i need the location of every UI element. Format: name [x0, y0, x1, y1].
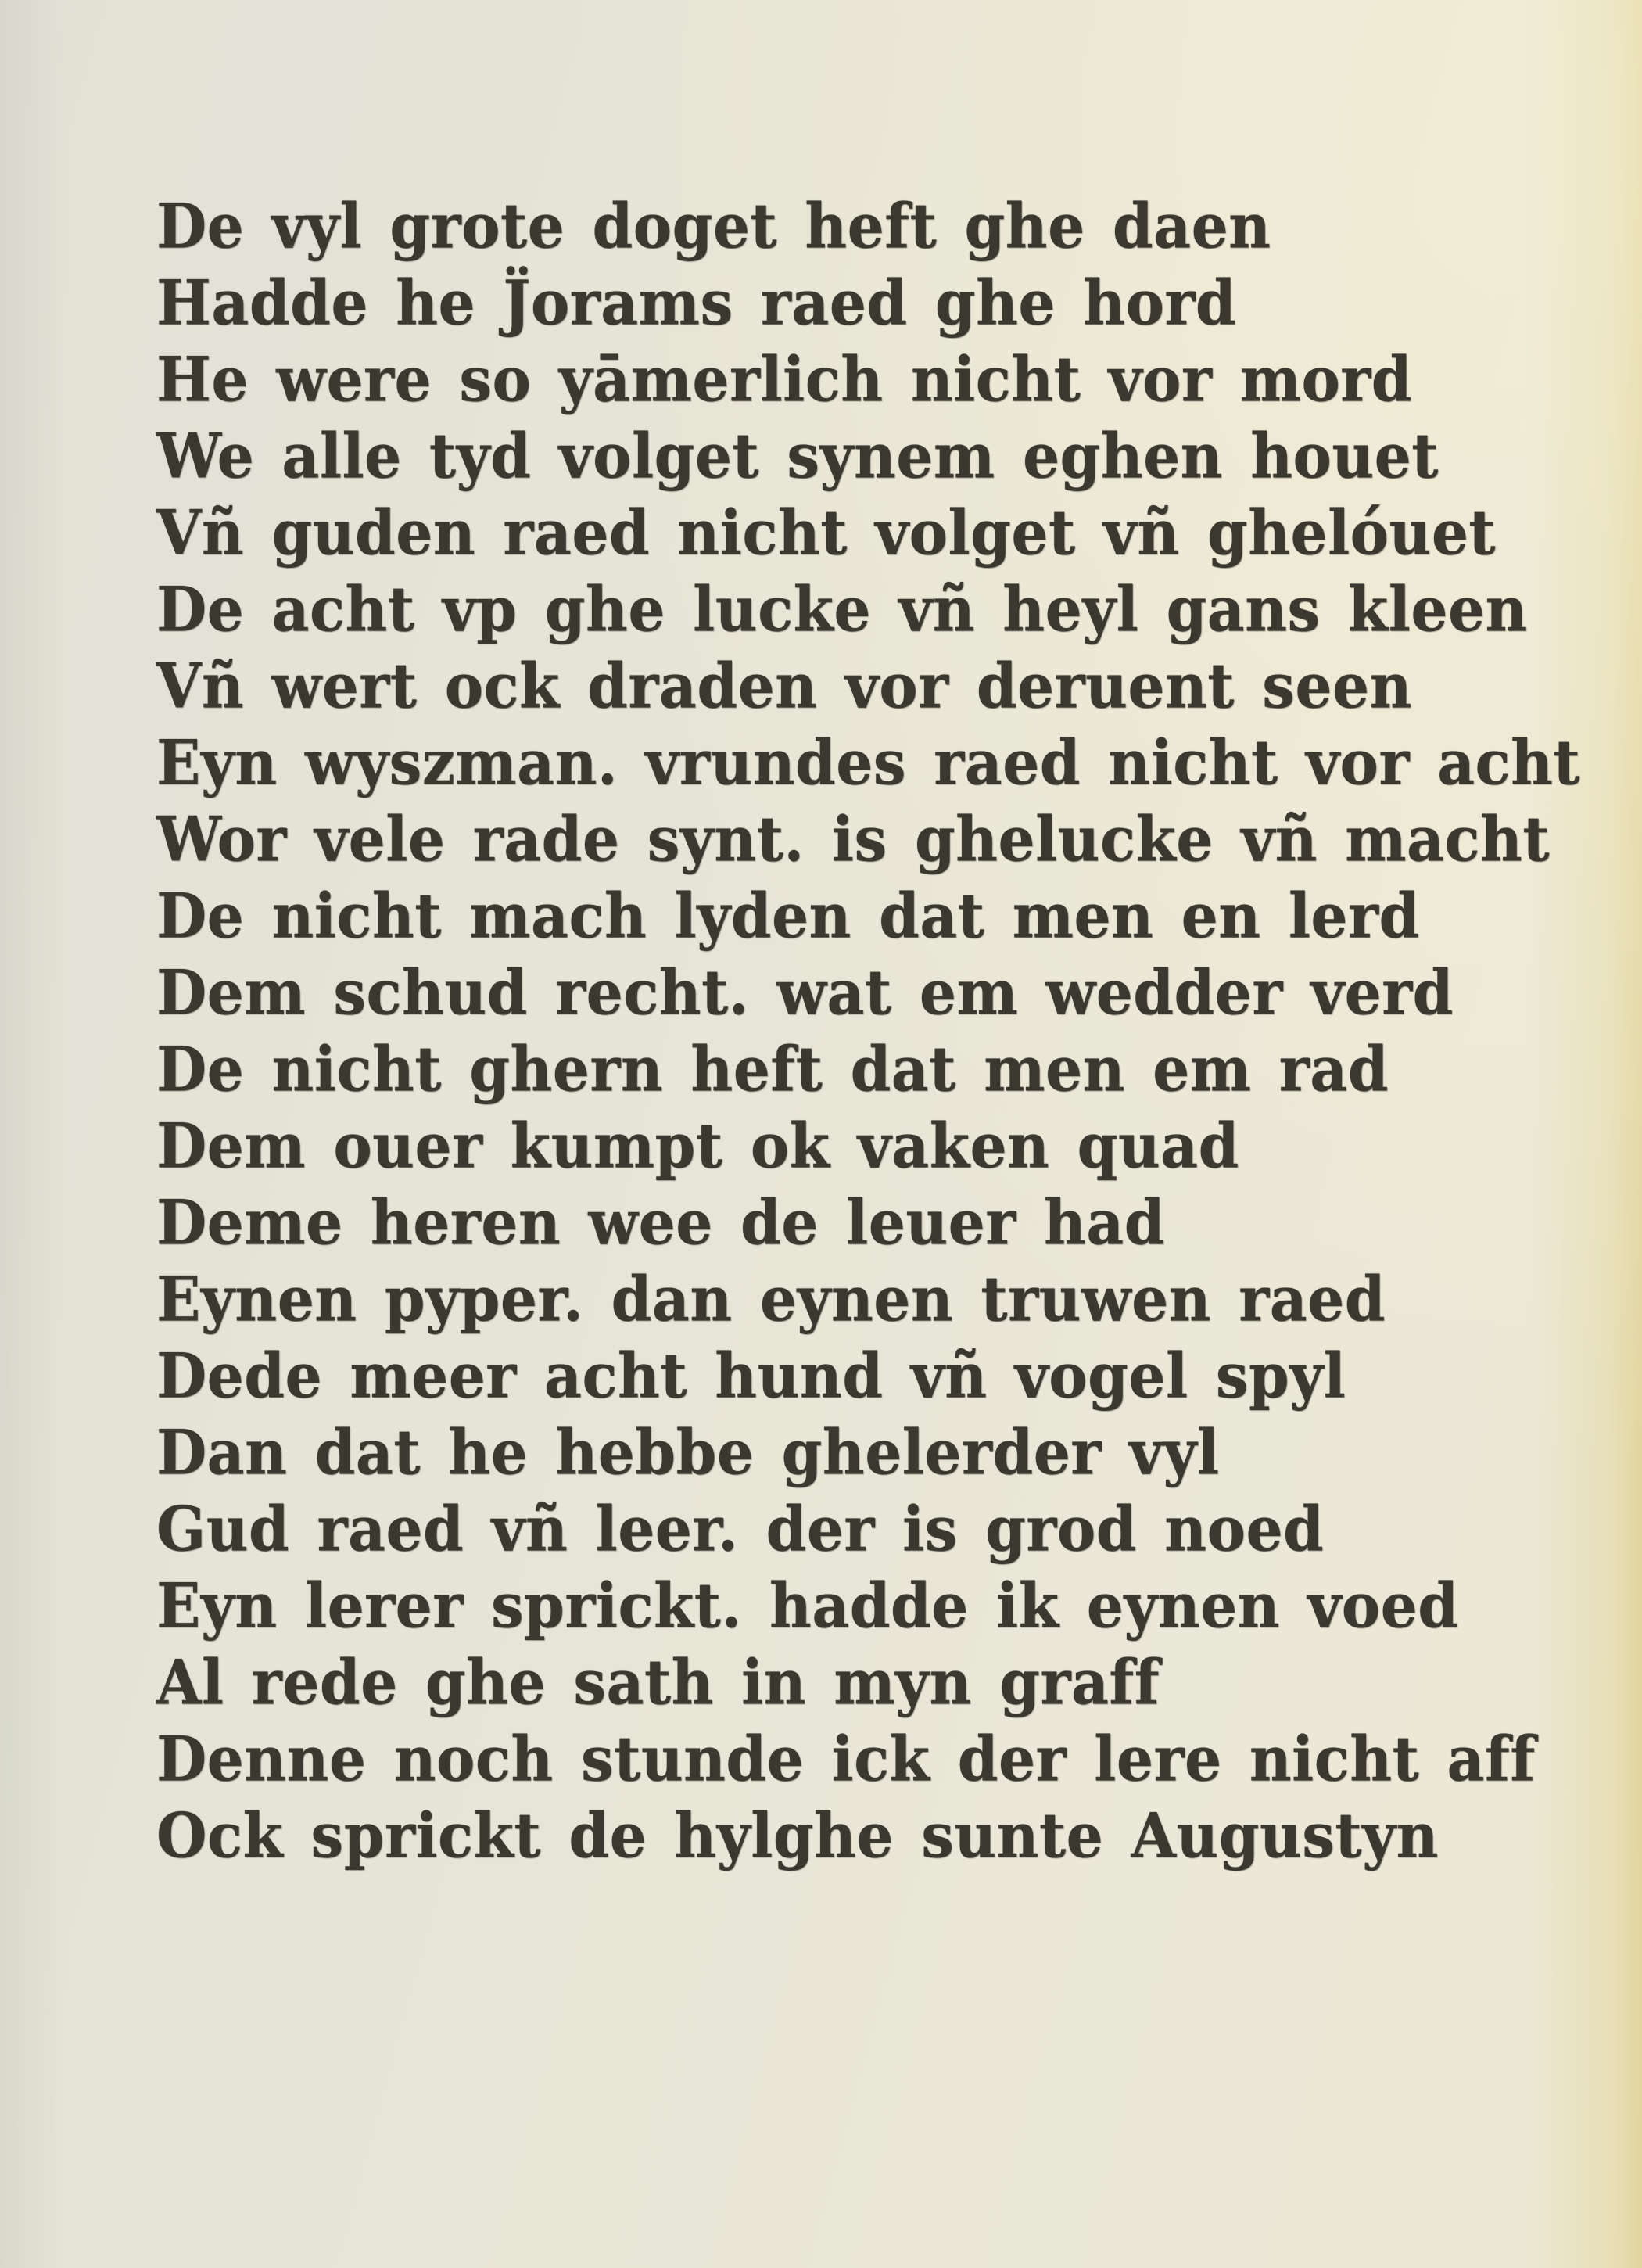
text-line: Dan dat he hebbe ghelerder vyl [156, 1412, 1595, 1494]
text-line: Gud raed vñ leer. der is grod noed [156, 1489, 1595, 1570]
text-line: He were so yāmerlich nicht vor mord [156, 339, 1595, 421]
text-line: Dem schud recht. wat em wedder verd [156, 953, 1595, 1034]
poem-text-block: De vyl grote doget heft ghe daen Hadde h… [156, 186, 1595, 1872]
text-line: Wor vele rade synt. is ghelucke vñ macht [156, 799, 1595, 881]
text-line: De vyl grote doget heft ghe daen [156, 186, 1595, 267]
text-line: Al rede ghe sath in myn graff [156, 1642, 1595, 1724]
scanned-book-page: De vyl grote doget heft ghe daen Hadde h… [0, 0, 1642, 2268]
text-line: Deme heren wee de leuer had [156, 1182, 1595, 1264]
text-line: De nicht ghern heft dat men em rad [156, 1029, 1595, 1111]
text-line: Eyn lerer sprickt. hadde ik eynen voed [156, 1566, 1595, 1647]
text-line: Denne noch stunde ick der lere nicht aff [156, 1719, 1595, 1800]
text-line: We alle tyd volget synem eghen houet [156, 416, 1595, 497]
text-line: Ock sprickt de hylghe sunte Augustyn [156, 1796, 1595, 1877]
text-line: Dede meer acht hund vñ vogel spyl [156, 1336, 1595, 1417]
text-line: Eynen pyper. dan eynen truwen raed [156, 1259, 1595, 1340]
text-line: Hadde he J̈orams raed ghe hord [156, 263, 1595, 344]
text-line: Dem ouer kumpt ok vaken quad [156, 1106, 1595, 1187]
text-line: Eyn wyszman. vrundes raed nicht vor acht [156, 723, 1595, 804]
text-line: Vñ guden raed nicht volget vñ ghelóuet [156, 493, 1595, 574]
text-line: De acht vp ghe lucke vñ heyl gans kleen [156, 569, 1595, 651]
text-line: Vñ wert ock draden vor deruent seen [156, 646, 1595, 727]
text-line: De nicht mach lyden dat men en lerd [156, 876, 1595, 957]
